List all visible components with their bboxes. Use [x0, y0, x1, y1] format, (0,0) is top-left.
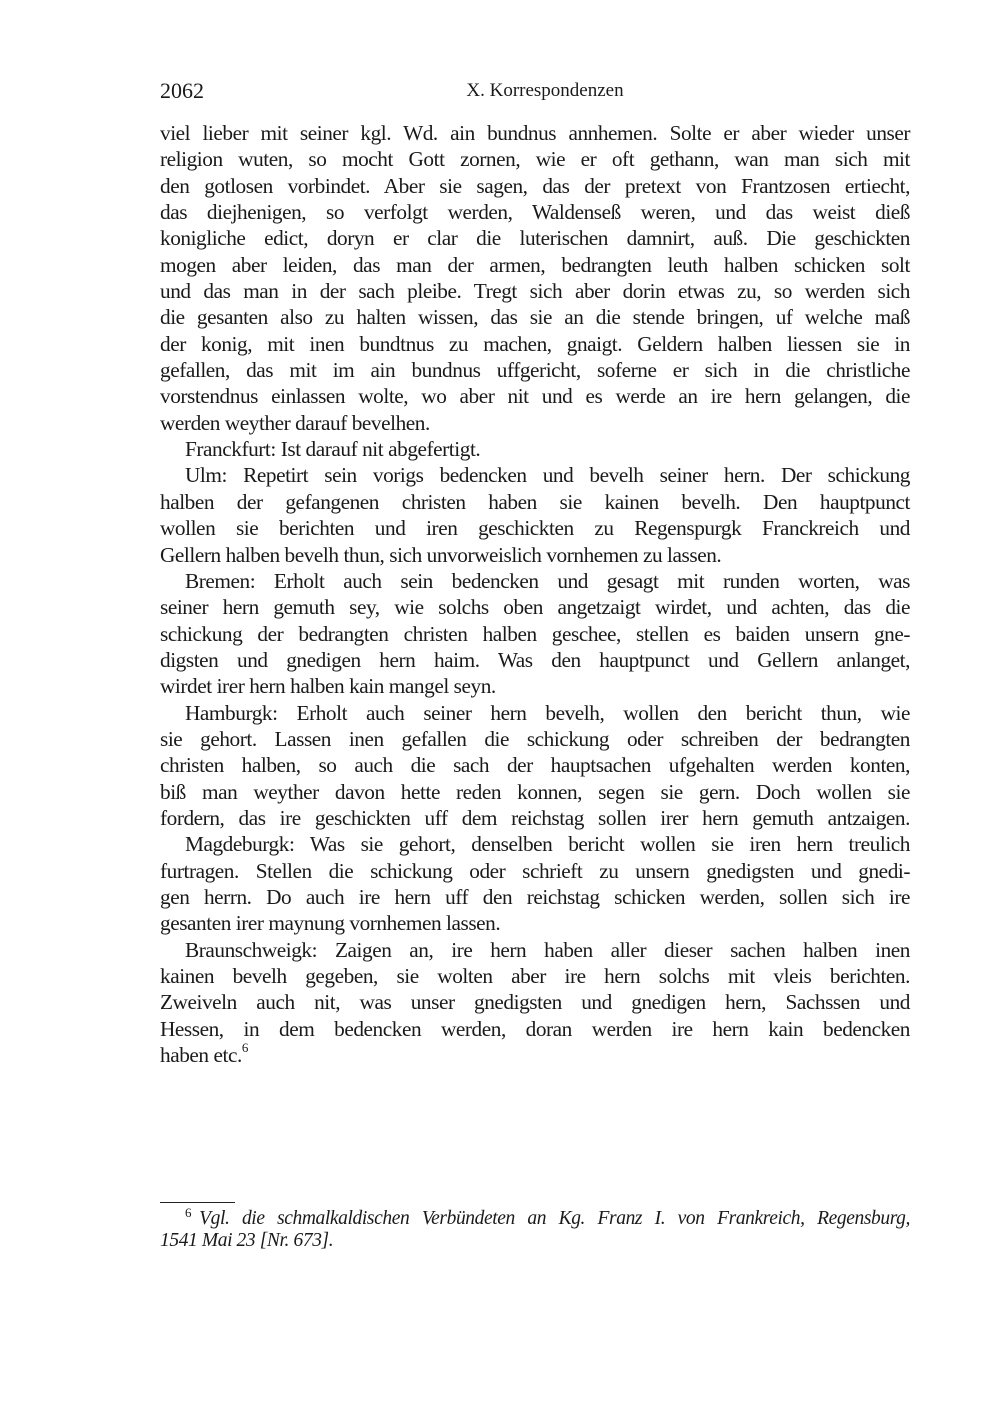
text-line: wollen sie berichten und iren geschickte… — [160, 515, 910, 541]
text-line: konigliche edict, doryn er clar die lute… — [160, 225, 910, 251]
text-line: schickung der bedrangten christen halben… — [160, 621, 910, 647]
text-line: das diejhenigen, so verfolgt werden, Wal… — [160, 199, 910, 225]
text-line: werden weyther darauf bevelhen. — [160, 410, 910, 436]
text-line: religion wuten, so mocht Gott zornen, wi… — [160, 146, 910, 172]
text-line: christen halben, so auch die sach der ha… — [160, 752, 910, 778]
text-line: mogen aber leiden, das man der armen, be… — [160, 252, 910, 278]
text-line: vorstendnus einlassen wolte, wo aber nit… — [160, 383, 910, 409]
footnote-line: 1541 Mai 23 [Nr. 673]. — [160, 1230, 910, 1252]
paragraph-hamburgk: Hamburgk: Erholt auch seiner hern bevelh… — [160, 700, 910, 726]
text-line: Zweiveln auch nit, was unser gnedigsten … — [160, 989, 910, 1015]
text-line: gen herrn. Do auch ire hern uff den reic… — [160, 884, 910, 910]
text-line: gesanten irer maynung vornhemen lassen. — [160, 910, 910, 936]
paragraph-braunschweigk: Braunschweigk: Zaigen an, ire hern haben… — [160, 937, 910, 963]
text-line: halben der gefangenen christen haben sie… — [160, 489, 910, 515]
text-line: fordern, das ire geschickten uff dem rei… — [160, 805, 910, 831]
footnote-reference[interactable]: 6 — [242, 1040, 248, 1055]
text-line: Hessen, in dem bedencken werden, doran w… — [160, 1016, 910, 1042]
paragraph-ulm: Ulm: Repetirt sein vorigs bedencken und … — [160, 462, 910, 488]
text-line: und das man in der sach pleibe. Tregt si… — [160, 278, 910, 304]
text-line: gefallen, das mit im ain bundnus uffgeri… — [160, 357, 910, 383]
text-line: biß man weyther davon hette reden konnen… — [160, 779, 910, 805]
footnote-divider — [160, 1202, 235, 1203]
text-line: die gesanten also zu halten wissen, das … — [160, 304, 910, 330]
footnote-6: 6Vgl. die schmalkaldischen Verbündeten a… — [160, 1208, 910, 1252]
text-line: furtragen. Stellen die schickung oder sc… — [160, 858, 910, 884]
page-header: 2062 X. Korrespondenzen — [160, 78, 910, 108]
text-line: sie gehort. Lassen inen gefallen die sch… — [160, 726, 910, 752]
paragraph-franckfurt: Franckfurt: Ist darauf nit abgefertigt. — [160, 436, 910, 462]
main-text: viel lieber mit seiner kgl. Wd. ain bund… — [160, 120, 910, 1068]
footnote-line: 6Vgl. die schmalkaldischen Verbündeten a… — [160, 1208, 910, 1230]
text-line: digsten und gnedigen hern haim. Was den … — [160, 647, 910, 673]
running-title: X. Korrespondenzen — [160, 80, 910, 102]
paragraph-magdeburgk: Magdeburgk: Was sie gehort, denselben be… — [160, 831, 910, 857]
text-line: haben etc.6 — [160, 1042, 910, 1068]
text-line: wirdet irer hern halben kain mangel seyn… — [160, 673, 910, 699]
text-line: den gotlosen vorbindet. Aber sie sagen, … — [160, 173, 910, 199]
footnote-marker: 6 — [185, 1205, 191, 1220]
text-line: Gellern halben bevelh thun, sich unvorwe… — [160, 542, 910, 568]
text-line: seiner hern gemuth sey, wie solchs oben … — [160, 594, 910, 620]
text-line: kainen bevelh gegeben, sie wolten aber i… — [160, 963, 910, 989]
text-line: der konig, mit inen bundtnus zu machen, … — [160, 331, 910, 357]
text-line: viel lieber mit seiner kgl. Wd. ain bund… — [160, 120, 910, 146]
paragraph-bremen: Bremen: Erholt auch sein bedencken und g… — [160, 568, 910, 594]
